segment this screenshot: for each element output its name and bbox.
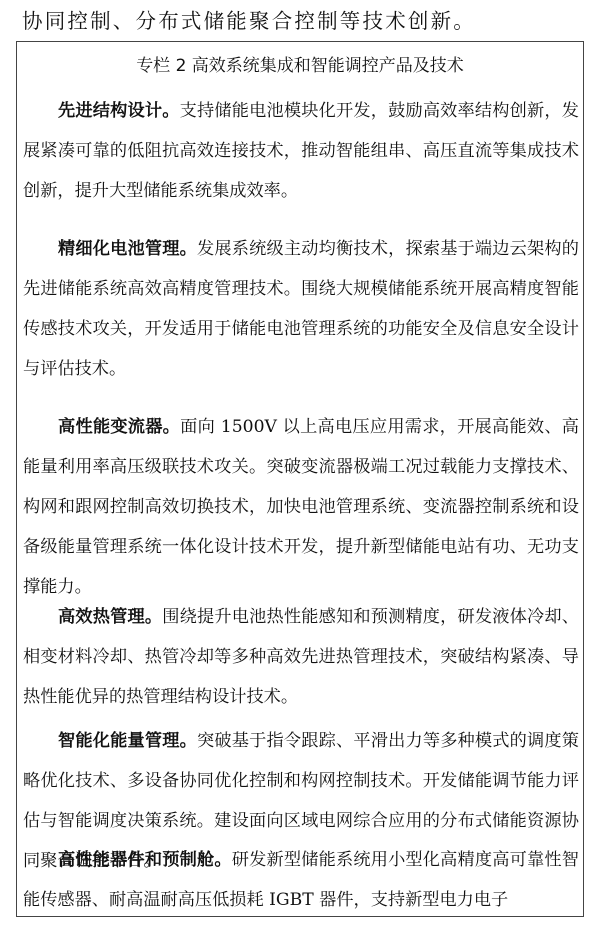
paragraph-efficient-thermal-management: 高效热管理。围绕提升电池热性能感知和预测精度，研发液体冷却、相变材料冷却、热管冷… (23, 597, 579, 717)
paragraph-heading: 高性能变流器。 (58, 417, 180, 437)
paragraph-body: 面向 1500V 以上高电压应用需求，开展高能效、高能量利用率高压级联技术攻关。… (23, 417, 579, 597)
paragraph-advanced-structure-design: 先进结构设计。支持储能电池模块化开发，鼓励高效率结构创新，发展紧凑可靠的低阻抗高… (23, 91, 579, 211)
paragraph-body: 发展系统级主动均衡技术，探索基于端边云架构的先进储能系统高效高精度管理技术。围绕… (23, 239, 579, 379)
paragraph-high-performance-devices: 高性能器件和预制舱。研发新型储能系统用小型化高精度高可靠性智能传感器、耐高温耐高… (23, 840, 579, 920)
paragraph-heading: 高效热管理。 (58, 607, 162, 627)
feature-box: 专栏 2 高效系统集成和智能调控产品及技术 先进结构设计。支持储能电池模块化开发… (16, 41, 584, 917)
paragraph-heading: 智能化能量管理。 (58, 731, 197, 751)
paragraph-high-performance-converter: 高性能变流器。面向 1500V 以上高电压应用需求，开展高能效、高能量利用率高压… (23, 407, 579, 607)
paragraph-heading: 精细化电池管理。 (58, 239, 197, 259)
feature-box-title: 专栏 2 高效系统集成和智能调控产品及技术 (17, 53, 583, 79)
paragraph-heading: 高性能器件和预制舱。 (58, 850, 232, 870)
lead-paragraph-tail: 协同控制、分布式储能聚合控制等技术创新。 (22, 6, 592, 36)
paragraph-fine-battery-management: 精细化电池管理。发展系统级主动均衡技术，探索基于端边云架构的先进储能系统高效高精… (23, 229, 579, 389)
paragraph-heading: 先进结构设计。 (58, 101, 180, 121)
